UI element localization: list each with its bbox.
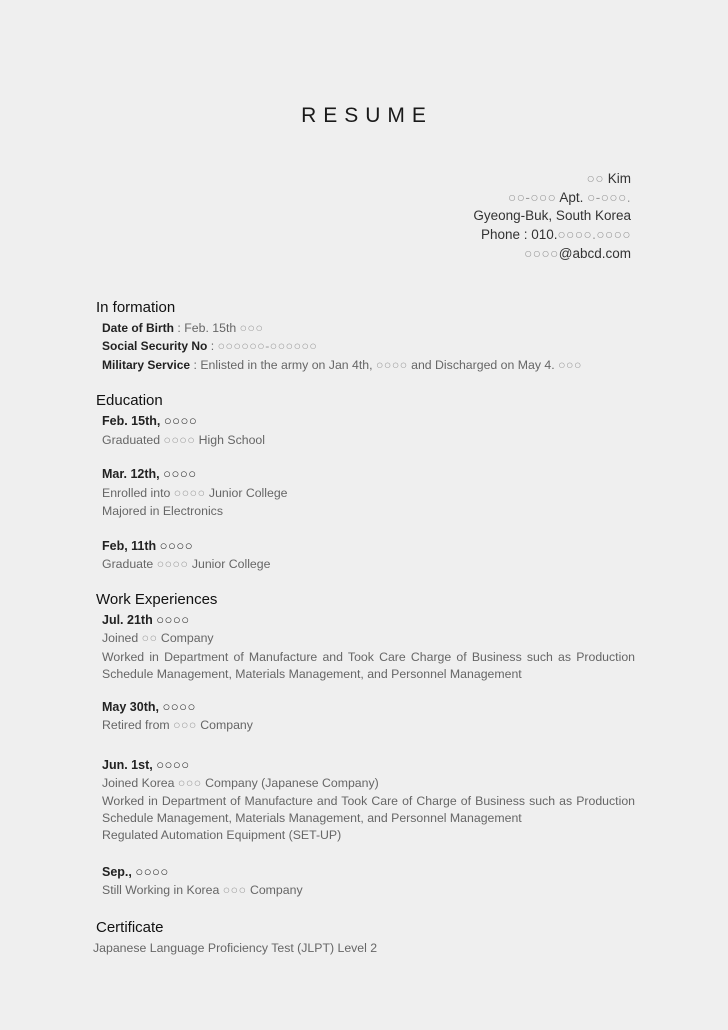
work-desc: Regulated Automation Equipment (SET-UP) [102, 828, 341, 842]
education-date: Feb, 11th ○○○○ [102, 538, 193, 553]
desc-text: Junior College [206, 486, 288, 500]
desc-text: Joined Korea [102, 776, 178, 790]
date-text: Jul. 21th [102, 613, 156, 627]
work-desc: Joined Korea ○○○ Company (Japanese Compa… [102, 776, 379, 790]
desc-text: Company [247, 883, 303, 897]
date-text: Feb, 11th [102, 539, 160, 553]
desc-text: High School [195, 433, 265, 447]
placeholder-circles: ○○ [587, 171, 604, 186]
date-text: Jun. 1st, [102, 758, 156, 772]
desc-text: Enrolled into [102, 486, 174, 500]
separator: : [207, 339, 217, 353]
placeholder-circles: ○○○○ [174, 486, 206, 500]
placeholder-circles: ○○○○ [164, 413, 197, 428]
date-text: Mar. 12th, [102, 467, 163, 481]
contact-address-line1: ○○-○○○ Apt. ○-○○○. [473, 189, 631, 208]
section-heading-education: Education [96, 392, 163, 409]
info-social-security: Social Security No : ○○○○○○-○○○○○○ [102, 339, 317, 353]
contact-name: ○○ Kim [473, 170, 631, 189]
info-military-service: Military Service : Enlisted in the army … [102, 358, 582, 372]
education-desc: Majored in Electronics [102, 504, 223, 518]
info-label: Social Security No [102, 339, 207, 353]
contact-address-line2: Gyeong-Buk, South Korea [473, 207, 631, 226]
placeholder-circles: ○○○ [178, 776, 202, 790]
section-heading-work: Work Experiences [96, 591, 217, 608]
placeholder-circles: ○○-○○○ [508, 190, 556, 205]
certificate-text: Japanese Language Proficiency Test (JLPT… [93, 941, 377, 955]
placeholder-circles: ○○○○○○-○○○○○○ [218, 339, 318, 353]
section-heading-certificate: Certificate [96, 919, 164, 936]
work-desc: Still Working in Korea ○○○ Company [102, 883, 303, 897]
contact-email: ○○○○@abcd.com [473, 245, 631, 264]
placeholder-circles: ○○○○ [164, 433, 196, 447]
education-desc: Enrolled into ○○○○ Junior College [102, 486, 288, 500]
work-paragraph: Worked in Department of Manufacture and … [102, 793, 635, 827]
placeholder-circles: ○○○○ [135, 864, 168, 879]
desc-text: Company [158, 631, 214, 645]
date-text: Feb. 15th, [102, 414, 164, 428]
placeholder-circles: ○○○○ [376, 358, 408, 372]
desc-text: Company (Japanese Company) [202, 776, 379, 790]
contact-phone: Phone : 010.○○○○.○○○○ [473, 226, 631, 245]
placeholder-circles: ○○○ [173, 718, 197, 732]
education-date: Mar. 12th, ○○○○ [102, 466, 197, 481]
education-date: Feb. 15th, ○○○○ [102, 413, 197, 428]
placeholder-circles: ○○○○.○○○○ [558, 227, 631, 242]
contact-block: ○○ Kim ○○-○○○ Apt. ○-○○○. Gyeong-Buk, So… [473, 170, 631, 264]
placeholder-circles: ○○○○ [160, 538, 193, 553]
desc-text: Graduated [102, 433, 164, 447]
desc-text: Junior College [188, 557, 270, 571]
desc-text: Company [197, 718, 253, 732]
desc-text: Retired from [102, 718, 173, 732]
desc-text: Graduate [102, 557, 157, 571]
placeholder-circles: ○○○○ [156, 757, 189, 772]
placeholder-circles: ○○○○ [163, 466, 196, 481]
work-desc: Joined ○○ Company [102, 631, 214, 645]
placeholder-circles: ○○○○ [157, 557, 189, 571]
address-text: Apt. [559, 190, 583, 205]
date-text: May 30th, [102, 700, 162, 714]
placeholder-circles: ○○○ [558, 358, 582, 372]
placeholder-circles: ○○○ [223, 883, 247, 897]
resume-title: RESUME [0, 104, 728, 128]
name-text: Kim [608, 171, 631, 186]
separator: : [174, 321, 184, 335]
section-heading-information: In formation [96, 299, 175, 316]
info-value: Feb. 15th [184, 321, 239, 335]
phone-label: Phone : 010. [481, 227, 558, 242]
info-label: Military Service [102, 358, 190, 372]
date-text: Sep., [102, 865, 135, 879]
desc-text: Joined [102, 631, 142, 645]
placeholder-circles: ○-○○○. [587, 190, 631, 205]
placeholder-circles: ○○○○ [162, 699, 195, 714]
placeholder-circles: ○○○○ [524, 246, 559, 261]
work-date: Jun. 1st, ○○○○ [102, 757, 190, 772]
education-desc: Graduated ○○○○ High School [102, 433, 265, 447]
work-date: May 30th, ○○○○ [102, 699, 196, 714]
work-desc: Retired from ○○○ Company [102, 718, 253, 732]
info-value: and Discharged on May 4. [408, 358, 558, 372]
work-paragraph: Worked in Department of Manufacture and … [102, 649, 635, 683]
placeholder-circles: ○○○○ [156, 612, 189, 627]
placeholder-circles: ○○ [142, 631, 158, 645]
work-date: Jul. 21th ○○○○ [102, 612, 190, 627]
desc-text: Still Working in Korea [102, 883, 223, 897]
separator: : [190, 358, 200, 372]
email-domain: @abcd.com [559, 246, 631, 261]
info-date-of-birth: Date of Birth : Feb. 15th ○○○ [102, 321, 263, 335]
info-value: Enlisted in the army on Jan 4th, [200, 358, 376, 372]
placeholder-circles: ○○○ [240, 321, 264, 335]
work-date: Sep., ○○○○ [102, 864, 169, 879]
education-desc: Graduate ○○○○ Junior College [102, 557, 270, 571]
info-label: Date of Birth [102, 321, 174, 335]
